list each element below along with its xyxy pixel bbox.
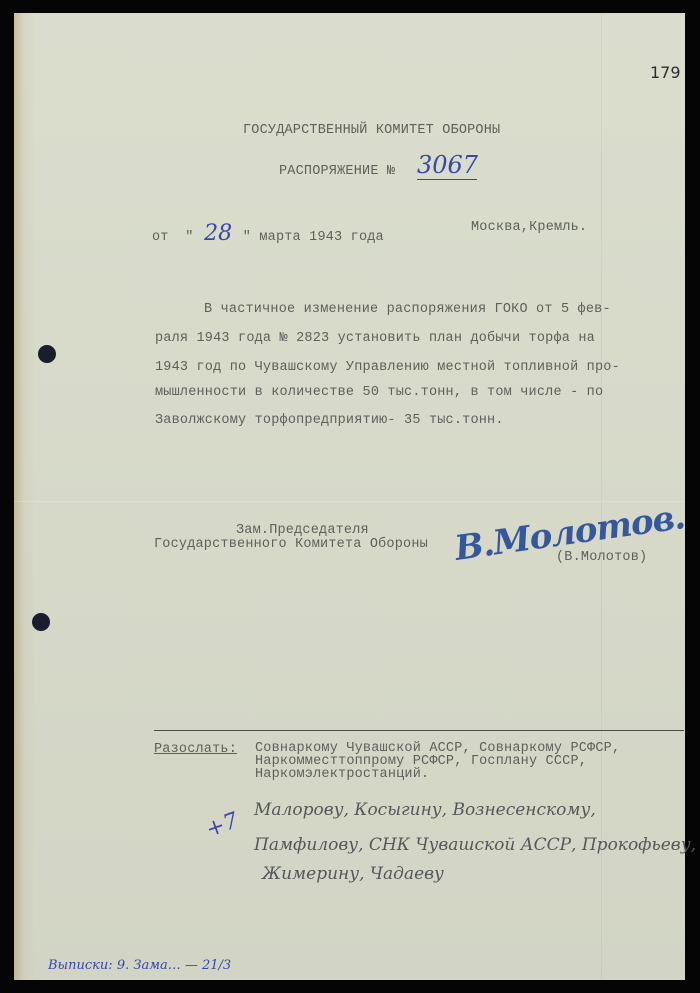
punch-hole [32,613,50,631]
signatory-title: Государственного Комитета Обороны [154,537,428,552]
document-page: 179 ГОСУДАРСТВЕННЫЙ КОМИТЕТ ОБОРОНЫ РАСП… [14,13,685,980]
body-line: 1943 год по Чувашскому Управлению местно… [155,360,620,375]
archive-page-number: 179 [650,63,681,82]
handwritten-mark: +7 [203,808,242,843]
signatory-name: (В.Молотов) [556,550,647,565]
handwritten-addressees: Памфилову, СНК Чувашской АССР, Прокофьев… [254,835,696,855]
date-prefix: от " [152,230,194,245]
distribution-label: Разослать: [154,742,237,757]
doc-number: 3067 [417,151,477,180]
handwritten-addressees: Жимерину, Чадаеву [262,864,444,884]
signatory-title: Зам.Председателя [236,523,369,538]
date-day: 28 [204,221,232,246]
handwritten-addressees: Малорову, Косыгину, Вознесенскому, [254,800,596,820]
place: Москва,Кремль. [471,220,587,235]
body-line: раля 1943 года № 2823 установить план до… [155,331,595,346]
date-suffix: " марта 1943 года [243,230,384,245]
fold-line [14,501,685,502]
body-line: Заволжскому торфопредприятию- 35 тыс.тон… [155,413,504,428]
doc-type-label: РАСПОРЯЖЕНИЕ № [279,164,395,179]
punch-hole [38,345,56,363]
body-line: мышленности в количестве 50 тыс.тонн, в … [155,385,603,400]
divider [154,730,684,731]
distribution-line: Наркомэлектростанций. [255,768,429,781]
organization-heading: ГОСУДАРСТВЕННЫЙ КОМИТЕТ ОБОРОНЫ [243,123,500,138]
body-line: В частичное изменение распоряжения ГОКО … [204,302,611,317]
footer-note: Выписки: 9. Зама… — 21/3 [48,958,231,973]
dateline: от " 28 " марта 1943 года [152,221,384,246]
document-title: РАСПОРЯЖЕНИЕ № 3067 [279,161,395,179]
